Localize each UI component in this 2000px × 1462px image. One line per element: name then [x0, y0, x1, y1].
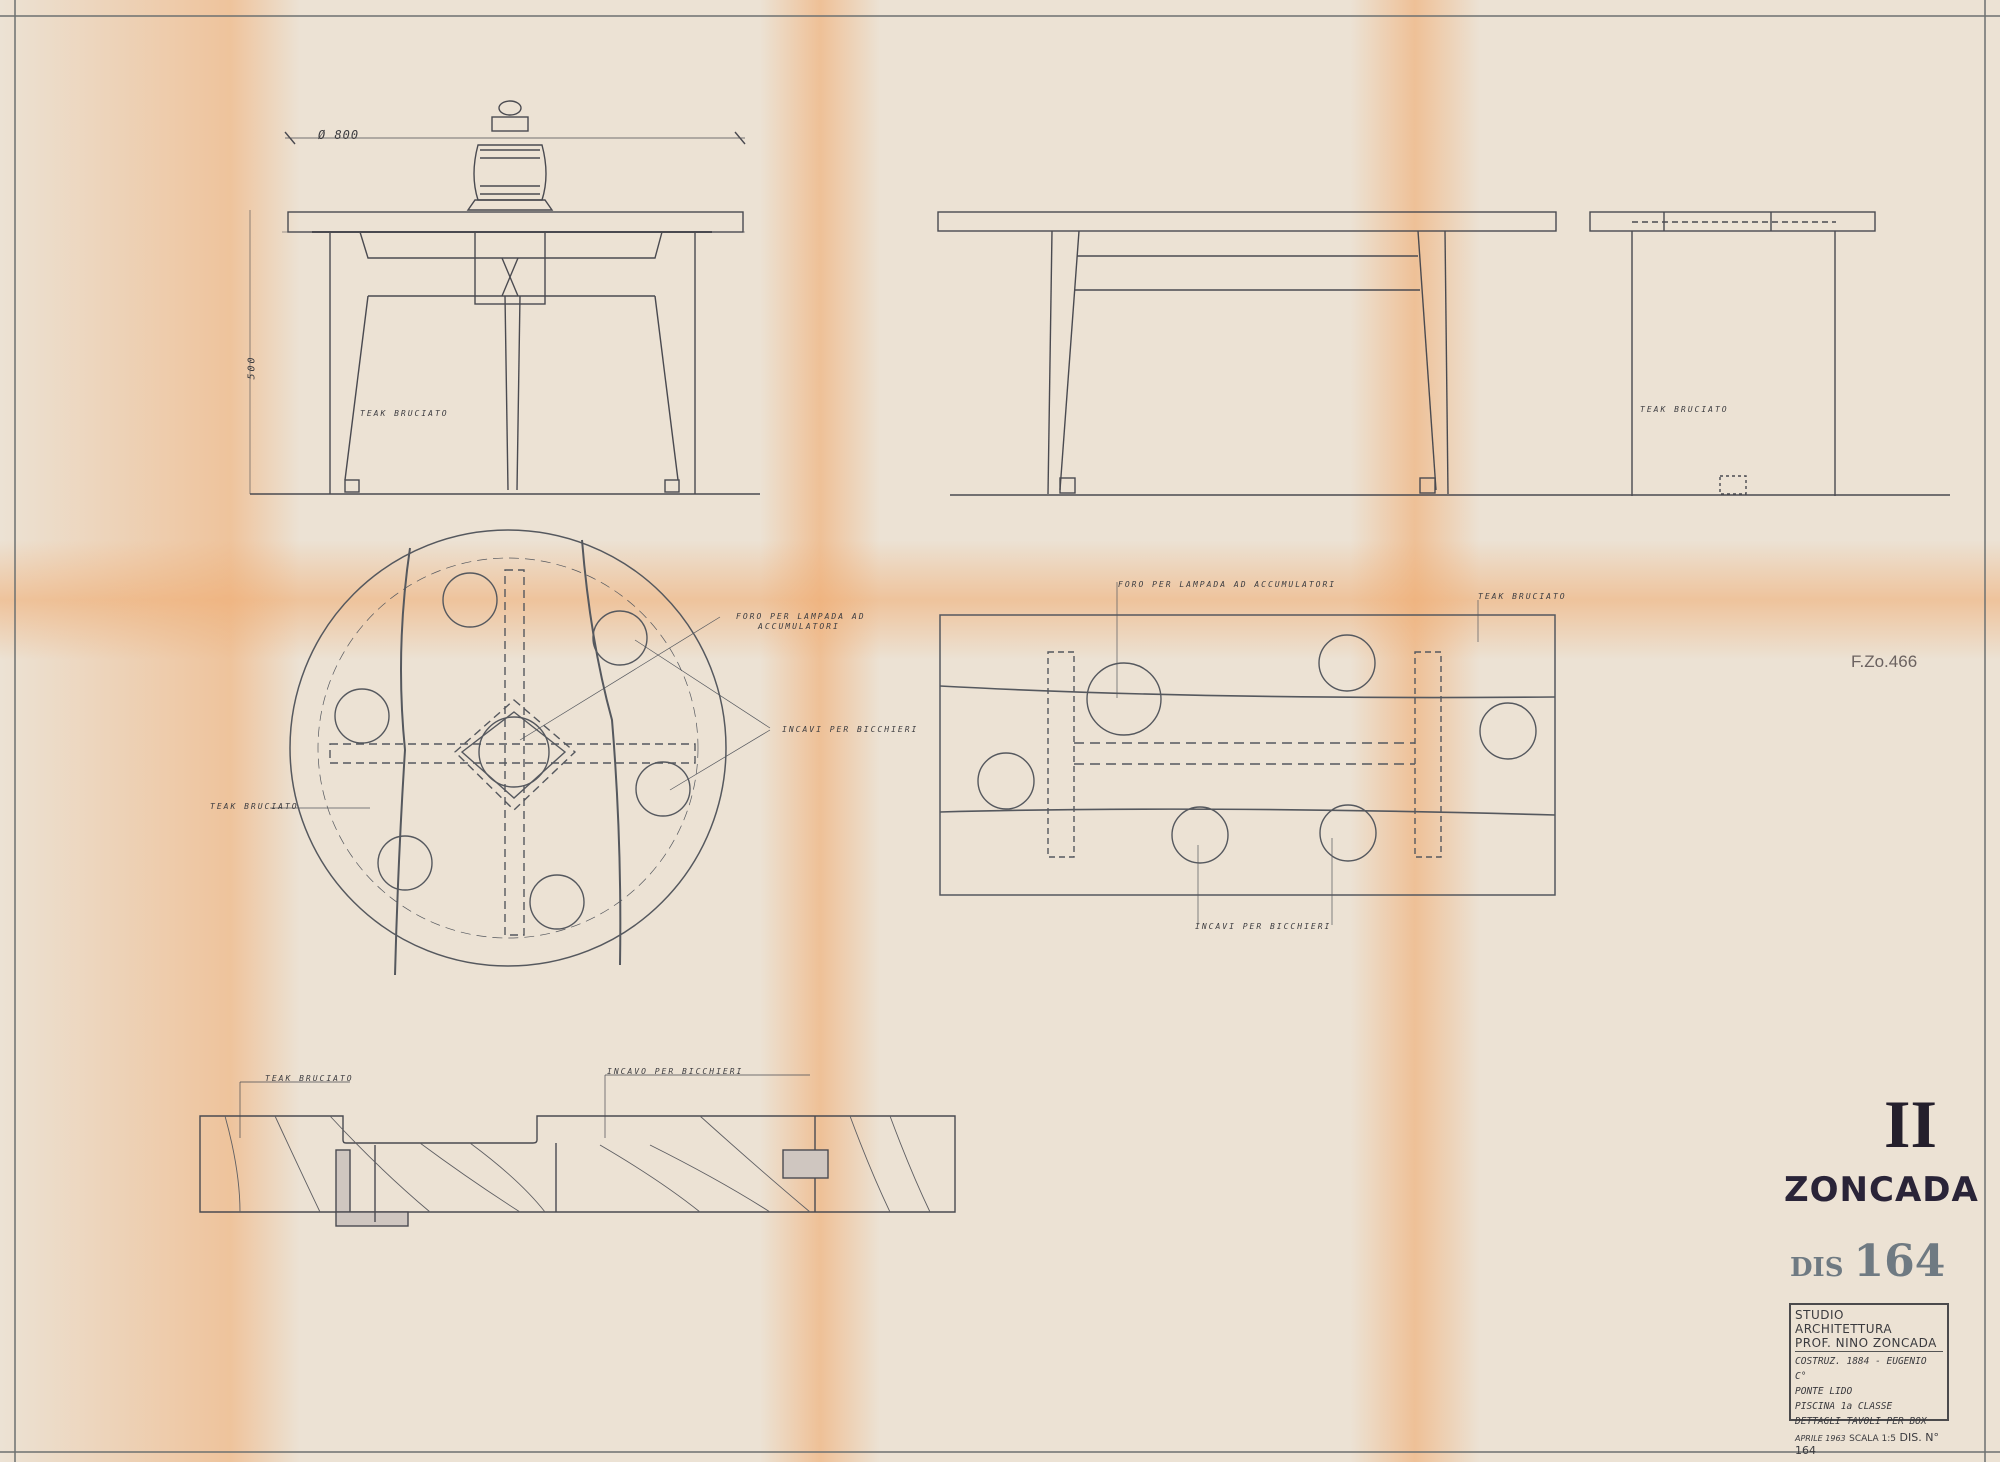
title-block: STUDIO ARCHITETTURA PROF. NINO ZONCADA C… — [1789, 1303, 1949, 1421]
date-value: APRILE 1963 — [1795, 1434, 1846, 1443]
plan-rect-table — [940, 582, 1555, 925]
label-teak-front-elevation: TEAK BRUCIATO — [360, 409, 449, 418]
subject-line: PISCINA 1a CLASSE — [1795, 1399, 1943, 1414]
label-glass-recess-section: INCAVO PER BICCHIERI — [607, 1067, 743, 1076]
label-teak-round-plan: TEAK BRUCIATO — [210, 802, 299, 811]
front-elevation-rect-table — [938, 212, 1950, 495]
front-elevation-round-table — [250, 101, 760, 494]
archive-reference: F.Zo.466 — [1851, 652, 1917, 672]
technical-drawing — [0, 0, 2000, 1462]
label-teak-rect-plan: TEAK BRUCIATO — [1478, 592, 1567, 601]
label-teak-section: TEAK BRUCIATO — [265, 1074, 354, 1083]
label-glass-recess-round: INCAVI PER BICCHIERI — [782, 725, 918, 734]
zoncada-stamp: ZONCADA — [1784, 1170, 1979, 1210]
end-elevation-rect-table — [1590, 212, 1875, 496]
title-block-footer: APRILE 1963 SCALA 1:5 DIS. N° 164 — [1795, 1431, 1943, 1457]
label-lamp-hole-round-2: ACCUMULATORI — [758, 622, 840, 631]
studio-line-2: PROF. NINO ZONCADA — [1795, 1336, 1943, 1350]
sheet-border — [0, 0, 2000, 1462]
label-teak-end-elevation: TEAK BRUCIATO — [1640, 405, 1729, 414]
detail-line: DETTAGLI TAVOLI PER BOX — [1795, 1414, 1943, 1429]
label-lamp-hole-round-1: FORO PER LAMPADA AD — [736, 612, 866, 621]
diameter-dimension: Ø 800 — [318, 128, 359, 142]
scale-value: SCALA 1:5 — [1849, 1434, 1896, 1444]
plan-round-table — [270, 530, 770, 975]
project-line: COSTRUZ. 1884 - EUGENIO C° — [1795, 1354, 1943, 1384]
height-dimension: 500 — [247, 355, 258, 379]
location-line: PONTE LIDO — [1795, 1384, 1943, 1399]
title-block-divider — [1795, 1351, 1943, 1352]
studio-line-1: STUDIO ARCHITETTURA — [1795, 1308, 1943, 1336]
dis-number-stamp: DIS164 — [1790, 1236, 1945, 1287]
drawing-sheet: Ø 800 500 TEAK BRUCIATO TEAK BRUCIATO FO… — [0, 0, 2000, 1462]
roman-numeral-mark: II — [1884, 1085, 1937, 1164]
dis-number: 164 — [1854, 1236, 1946, 1287]
section-detail — [200, 1075, 955, 1226]
dis-prefix: DIS — [1790, 1253, 1844, 1283]
label-lamp-hole-rect: FORO PER LAMPADA AD ACCUMULATORI — [1118, 580, 1336, 589]
label-glass-recess-rect: INCAVI PER BICCHIERI — [1195, 922, 1331, 931]
